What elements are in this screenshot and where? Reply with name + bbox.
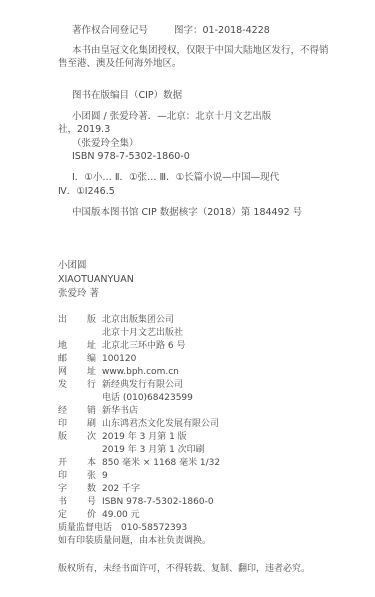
colophon-key: 编 [87,353,96,365]
cip-line: （张爱玲全集） [72,138,139,150]
colophon-value: 北京北三环中路 6 号 [102,340,185,352]
colophon-key: 印 [58,418,67,430]
cip-line: Ⅰ．①小… Ⅱ．①张… Ⅲ．①长篇小说—中国—现代 [72,172,279,184]
colophon-key: 次 [87,431,96,443]
colophon-key: 版 [58,431,67,443]
colophon-key: 销 [87,405,96,417]
book-title: 小团圆 [58,260,87,272]
colophon-key: 定 [58,509,67,521]
colophon-value: 北京出版集团公司 [102,314,174,326]
colophon-value: 9 [102,470,108,482]
colophon-key: 价 [87,509,96,521]
cip-heading: 图书在版编目（CIP）数据 [72,90,182,102]
colophon-key: 邮 [58,353,67,365]
colophon-value: 100120 [102,353,136,365]
book-author: 张爱玲 著 [58,288,99,300]
colophon-key: 出 [58,314,67,326]
cip-line: ISBN 978-7-5302-1860-0 [72,151,190,163]
license-notice-line-2: 售至港、澳及任何海外地区。 [58,58,182,70]
colophon-key: 号 [87,496,96,508]
colophon-key: 地 [58,340,67,352]
license-notice-line-1: 本书由皇冠文化集团授权，仅限于中国大陆地区发行，不得销 [72,45,329,57]
colophon-value: 电话 (010)68423599 [102,392,193,404]
colophon-value: ISBN 978-7-5302-1860-0 [102,496,214,508]
colophon-value: 49.00 元 [102,509,140,521]
colophon-key: 印 [58,470,67,482]
colophon-value: 2019 年 3 月第 1 次印刷 [102,444,205,456]
quality-phone: 质量监督电话 010-58572393 [58,522,187,534]
colophon-value: 新华书店 [102,405,138,417]
colophon-value: 北京十月文艺出版社 [102,327,183,339]
colophon-key: 址 [87,340,96,352]
book-title-pinyin: XIAOTUANYUAN [58,274,134,286]
cip-line: 社，2019.3 [58,124,110,136]
colophon-key: 经 [58,405,67,417]
colophon-key: 字 [58,483,67,495]
colophon-key: 网 [58,366,67,378]
colophon-key: 行 [87,379,96,391]
copyright-registration: 著作权合同登记号图字：01-2018-4228 [72,25,270,37]
colophon-value: 山东鸿君杰文化发展有限公司 [102,418,219,430]
colophon-key: 刷 [87,418,96,430]
colophon-key: 张 [87,470,96,482]
colophon-value: www.bph.com.cn [102,366,179,378]
colophon-value: 新经典发行有限公司 [102,379,183,391]
colophon-key: 版 [87,314,96,326]
colophon-key: 数 [87,483,96,495]
colophon-key: 发 [58,379,67,391]
registration-value: 图字：01-2018-4228 [174,25,270,36]
colophon-key: 书 [58,496,67,508]
registration-label: 著作权合同登记号 [72,25,148,36]
colophon-value: 850 毫米 × 1168 毫米 1/32 [102,457,220,469]
colophon-key: 开 [58,457,67,469]
colophon-key: 址 [87,366,96,378]
cip-line: 小团圆 / 张爱玲著．—北京：北京十月文艺出版 [72,111,271,123]
cip-line: 中国版本图书馆 CIP 数据核字（2018）第 184492 号 [72,207,302,219]
rights-notice: 版权所有，未经书面许可，不得转载、复制、翻印，违者必究。 [58,563,310,575]
cip-line: Ⅳ．①I246.5 [58,186,115,198]
quality-notice: 如有印装质量问题，由本社负责调换。 [58,535,211,547]
colophon-key: 本 [87,457,96,469]
colophon-value: 202 千字 [102,483,140,495]
colophon-value: 2019 年 3 月第 1 版 [102,431,187,443]
